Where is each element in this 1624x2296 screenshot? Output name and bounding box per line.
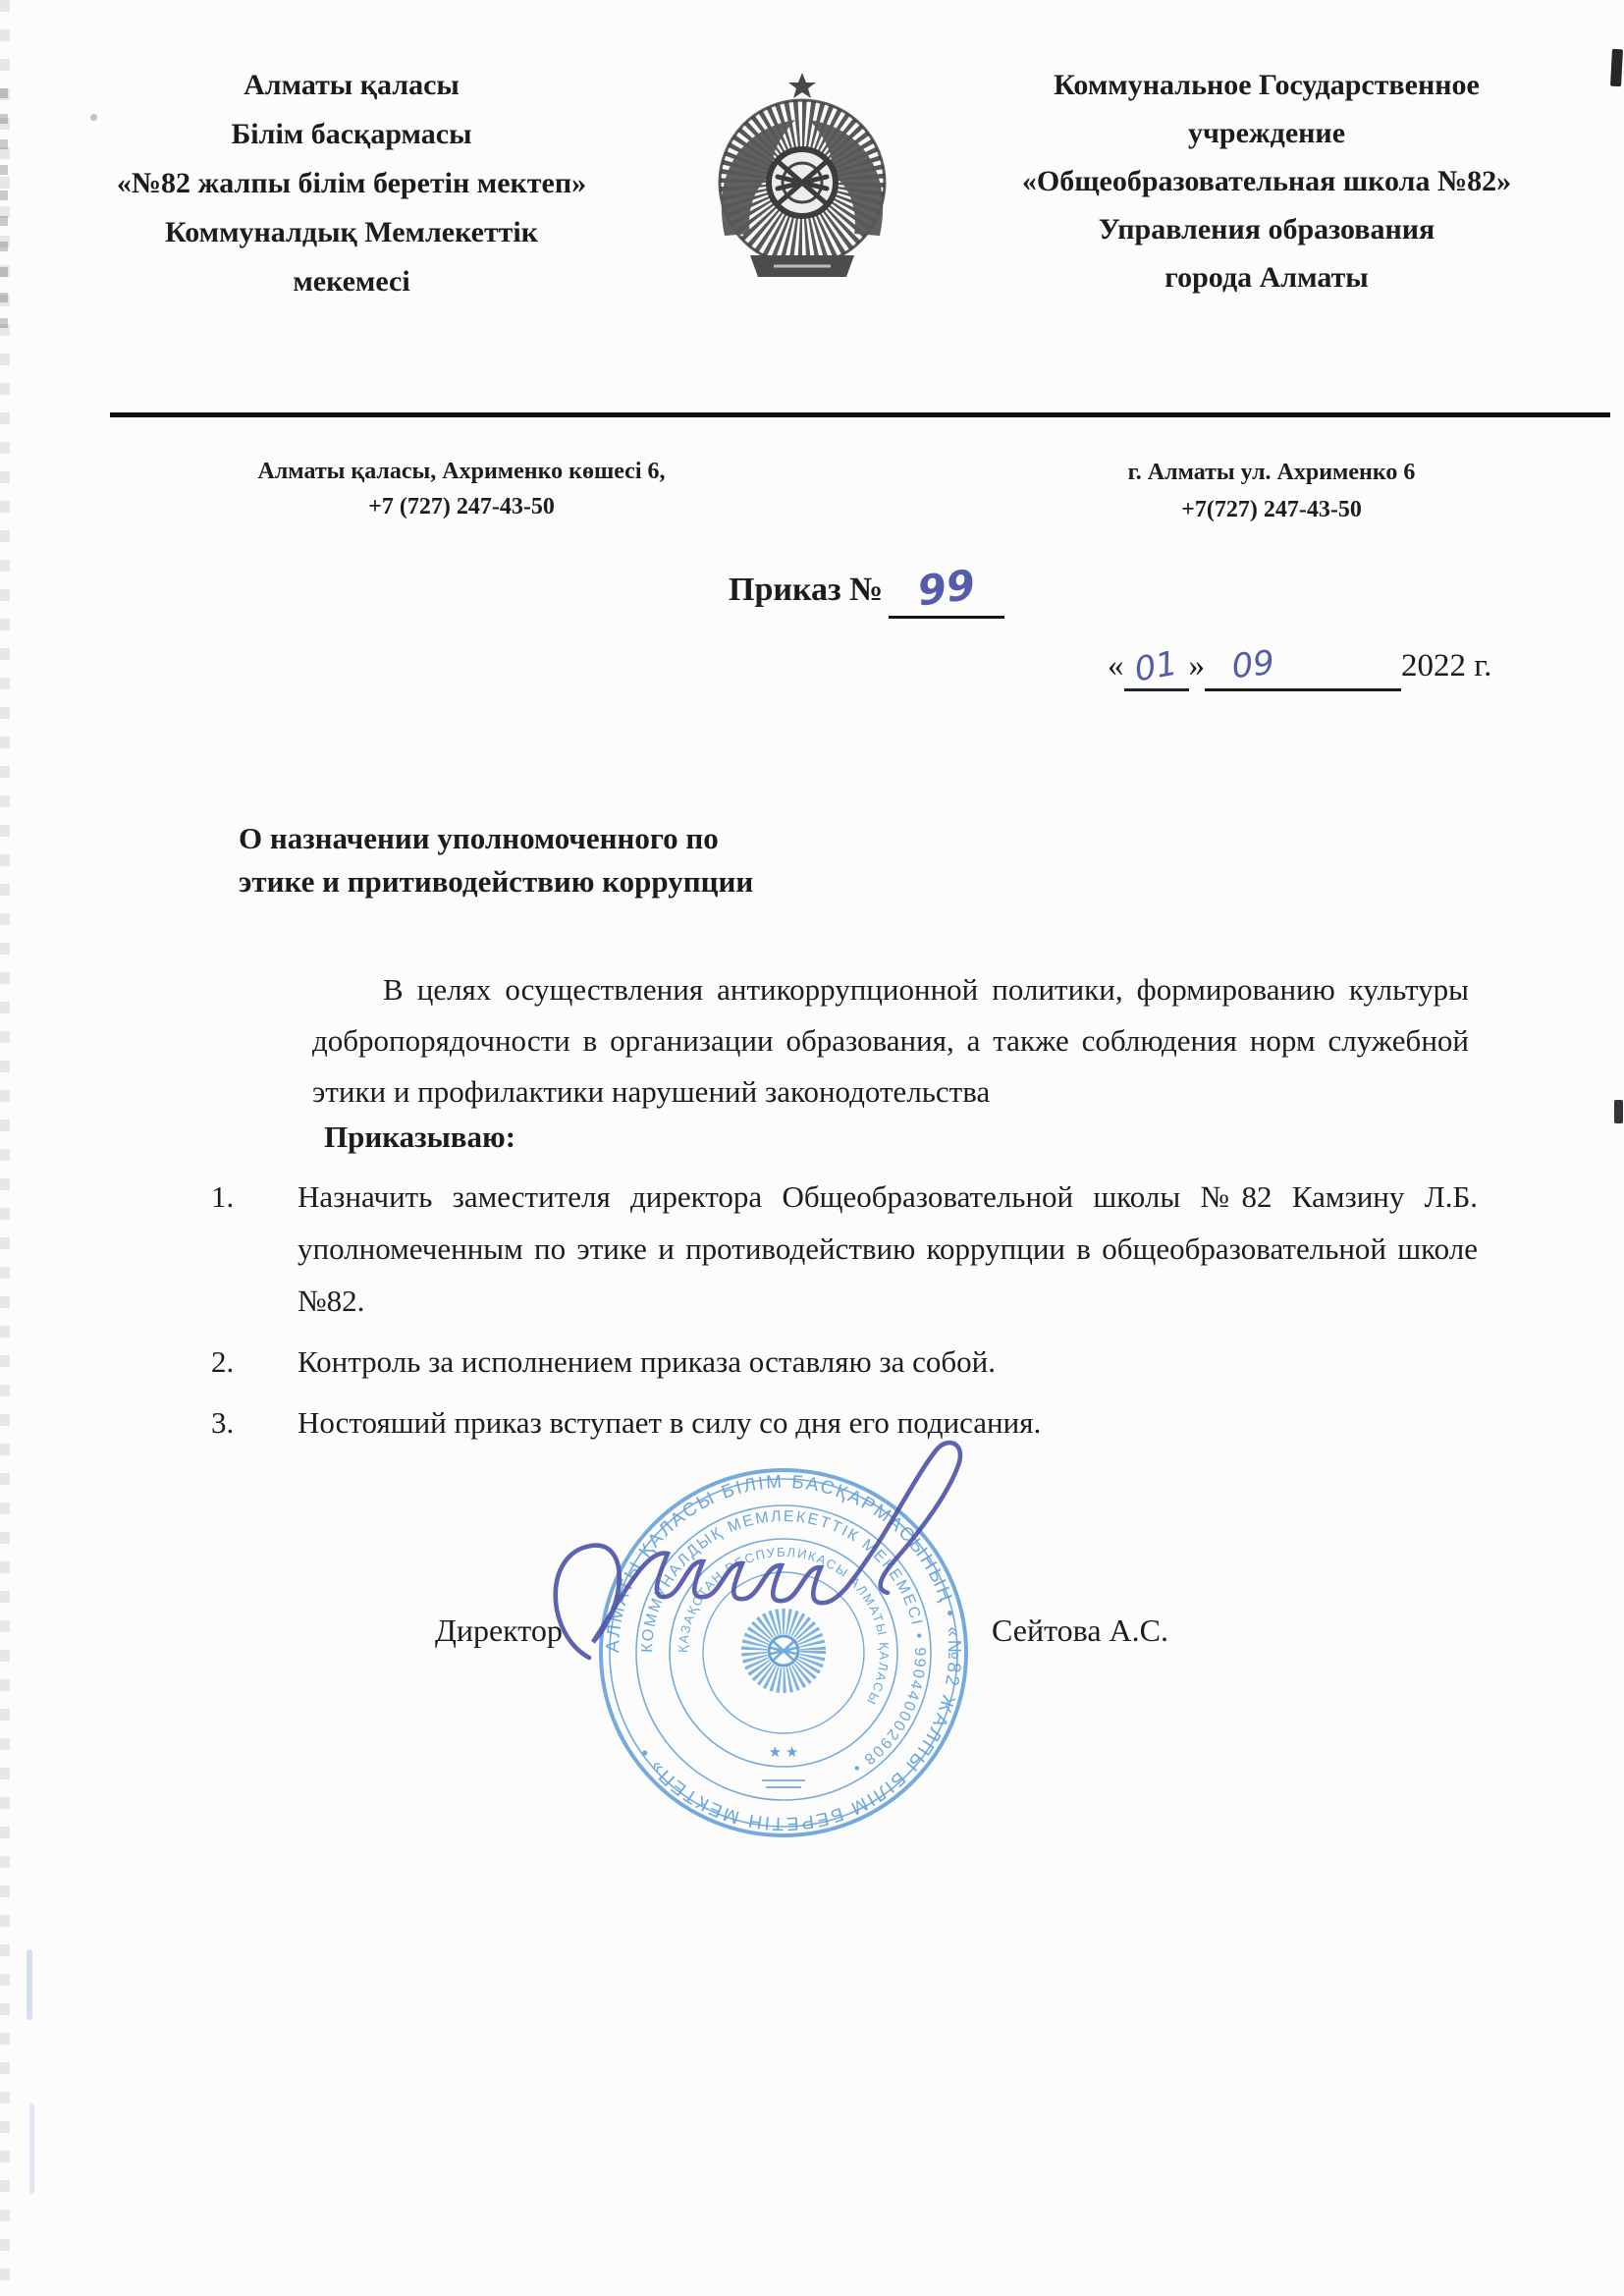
header-kazakh-line: «№82 жалпы білім беретін мектеп» xyxy=(116,159,587,208)
order-date-line: «01»092022 г. xyxy=(1108,648,1491,691)
address-line: Алматы қаласы, Ахрименко көшесі 6, xyxy=(206,454,717,489)
header-kazakh-line: Білім басқармасы xyxy=(116,110,587,159)
close-quote: » xyxy=(1189,648,1206,683)
order-label: Приказ № xyxy=(729,572,883,608)
scan-artifact-dot xyxy=(90,114,97,121)
header-russian-line: «Общеобразовательная школа №82» xyxy=(952,157,1581,205)
header-russian-line: Коммунальное Государственное xyxy=(952,61,1581,109)
scan-artifact-bottom-left-2 xyxy=(29,2104,34,2194)
phone-number: +7(727) 247-43-50 xyxy=(1031,491,1512,528)
address-russian-block: г. Алматы ул. Ахрименко 6 +7(727) 247-43… xyxy=(1031,454,1512,528)
subject-line: этике и притиводействию коррупции xyxy=(239,860,867,903)
order-subject: О назначении уполномоченного по этике и … xyxy=(239,817,867,903)
order-number-line: Приказ №99 xyxy=(729,568,1004,619)
order-number-handwritten: 99 xyxy=(915,561,978,616)
signature-name: Сейтова А.С. xyxy=(992,1613,1168,1649)
director-signature xyxy=(528,1410,1019,1734)
date-year: 2022 г. xyxy=(1401,648,1491,683)
address-line: г. Алматы ул. Ахрименко 6 xyxy=(1031,454,1512,491)
list-item: 1. Назначить заместителя директора Общео… xyxy=(211,1171,1478,1327)
order-number-blank: 99 xyxy=(889,568,1004,619)
header-russian-block: Коммунальное Государственное учреждение … xyxy=(952,61,1581,301)
scan-artifact-right-mid xyxy=(1614,1100,1623,1123)
list-item-text: Назначить заместителя директора Общеобра… xyxy=(298,1171,1478,1327)
list-item-text: Контроль за исполнением приказа оставляю… xyxy=(298,1336,1478,1388)
address-kazakh-block: Алматы қаласы, Ахрименко көшесі 6, +7 (7… xyxy=(206,454,717,524)
date-day-blank: 01 xyxy=(1124,649,1189,691)
list-item-number: 3. xyxy=(211,1396,298,1449)
date-month-blank: 09 xyxy=(1205,649,1401,691)
list-item-number: 1. xyxy=(211,1171,298,1327)
scan-artifact-left-edge xyxy=(0,0,10,2296)
header-kazakh-line: Алматы қаласы xyxy=(116,61,587,110)
header-divider-rule xyxy=(110,412,1610,417)
list-item-number: 2. xyxy=(211,1336,298,1388)
list-item: 2. Контроль за исполнением приказа остав… xyxy=(211,1336,1478,1388)
date-month-handwritten: 09 xyxy=(1230,643,1276,686)
header-kazakh-block: Алматы қаласы Білім басқармасы «№82 жалп… xyxy=(116,61,587,306)
phone-number: +7 (727) 247-43-50 xyxy=(206,489,717,524)
subject-line: О назначении уполномоченного по xyxy=(239,817,867,860)
scan-artifact-bottom-left-1 xyxy=(27,1949,32,2020)
stamp-stars: ★ ★ xyxy=(769,1745,799,1761)
kazakhstan-coat-of-arms-icon xyxy=(709,67,895,293)
order-preamble-paragraph: В целях осуществления антикоррупционной … xyxy=(312,964,1469,1118)
open-quote: « xyxy=(1108,648,1124,683)
scan-artifact-left-edge-top xyxy=(0,88,8,344)
directive-label: Приказываю: xyxy=(324,1120,515,1155)
header-kazakh-line: мекемесі xyxy=(116,257,587,306)
signature-role-label: Директор xyxy=(435,1613,563,1649)
scanned-order-document: Алматы қаласы Білім басқармасы «№82 жалп… xyxy=(0,0,1624,2296)
header-russian-line: учреждение xyxy=(952,109,1581,157)
scan-artifact-top-right xyxy=(1610,49,1623,87)
header-russian-line: города Алматы xyxy=(952,253,1581,301)
header-kazakh-line: Коммуналдық Мемлекеттік xyxy=(116,208,587,257)
header-russian-line: Управления образования xyxy=(952,205,1581,253)
date-day-handwritten: 01 xyxy=(1131,644,1180,690)
